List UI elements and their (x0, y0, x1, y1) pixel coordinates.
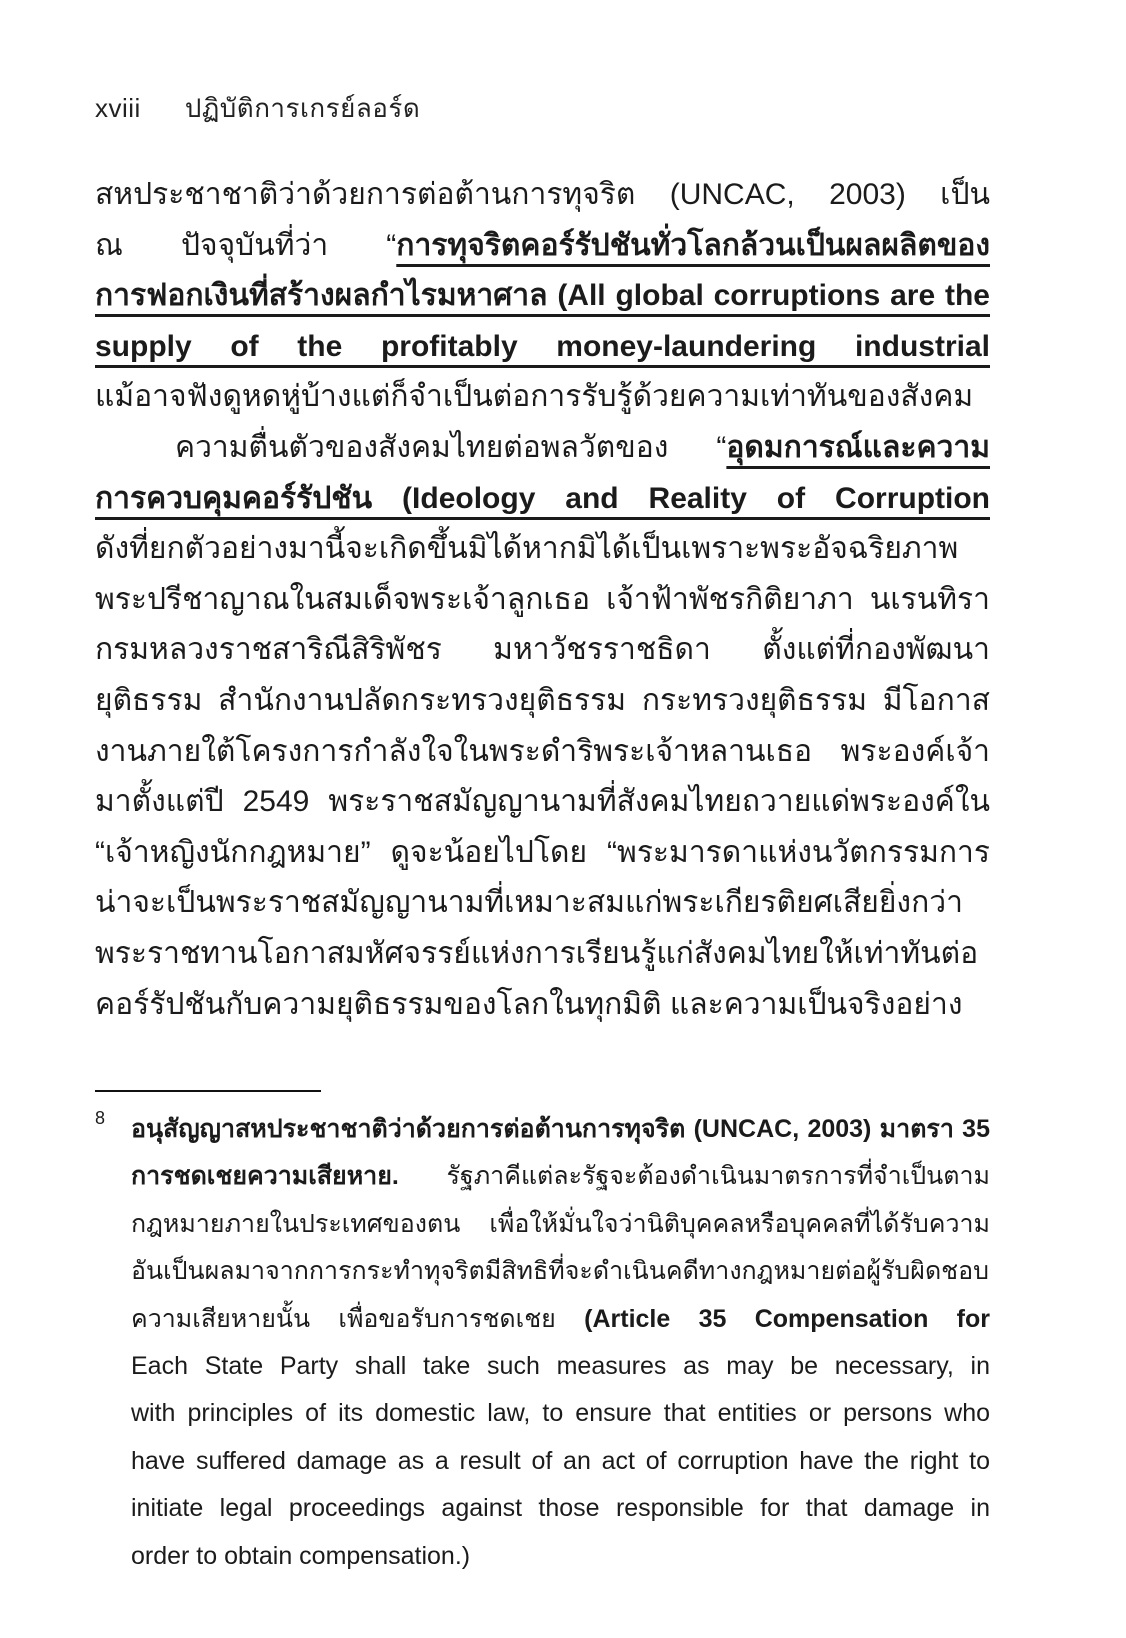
running-header: xviii ปฏิบัติการเกรย์ลอร์ด (95, 88, 985, 129)
text-run: have suffered damage as a result of an a… (131, 1447, 990, 1475)
body-text-line: งานภายใต้โครงการกำลังใจในพระดำริพระเจ้าห… (95, 727, 990, 778)
text-run: ความตื่นตัวของสังคมไทยต่อพลวัตของ “ (175, 431, 726, 464)
body-text-line: กรมหลวงราชสาริณีสิริพัชร มหาวัชรราชธิดา … (95, 625, 990, 676)
text-run: คอร์รัปชันกับความยุติธรรมของโลกในทุกมิติ… (95, 988, 962, 1031)
footnote-line: การชดเชยความเสียหาย. รัฐภาคีแต่ละรัฐจะต้… (131, 1153, 990, 1200)
text-run: with principles of its domestic law, to … (131, 1399, 990, 1427)
body-text-line: คอร์รัปชันกับความยุติธรรมของโลกในทุกมิติ… (95, 980, 990, 1031)
body-text-line: ณ ปัจจุบันที่ว่า “การทุจริตคอร์รัปชันทั่… (95, 221, 990, 272)
text-run: initiate legal proceedings against those… (131, 1494, 990, 1522)
footnote-line: ความเสียหายนั้น เพื่อขอรับการชดเชย (Arti… (131, 1296, 990, 1343)
body-text-line: ยุติธรรม สำนักงานปลัดกระทรวงยุติธรรม กระ… (95, 676, 990, 727)
body-text-line: พระปรีชาญาณในสมเด็จพระเจ้าลูกเธอ เจ้าฟ้า… (95, 575, 990, 626)
running-header-title: ปฏิบัติการเกรย์ลอร์ด (185, 88, 420, 129)
body-text-line: การฟอกเงินที่สร้างผลกำไรมหาศาล (All glob… (95, 271, 990, 322)
footnote-line: have suffered damage as a result of an a… (131, 1438, 990, 1485)
body-text-line: ดังที่ยกตัวอย่างมานี้จะเกิดขึ้นมิได้หากม… (95, 524, 990, 575)
body-text-line: ความตื่นตัวของสังคมไทยต่อพลวัตของ “อุดมก… (95, 423, 990, 474)
footnote-line: order to obtain compensation.) (131, 1533, 990, 1580)
text-run: การควบคุมคอร์รัปชัน (Ideology and Realit… (95, 482, 990, 525)
footnote-marker: 8 (95, 1108, 105, 1129)
text-run: Each State Party shall take such measure… (131, 1352, 990, 1390)
page-number: xviii (95, 93, 141, 124)
text-run: supply of the profitably money-launderin… (95, 330, 990, 373)
body-text: สหประชาชาติว่าด้วยการต่อต้านการทุจริต (U… (95, 170, 990, 1030)
footnote-line: อันเป็นผลมาจากการกระทำทุจริตมีสิทธิที่จะ… (131, 1248, 990, 1295)
body-text-line: มาตั้งแต่ปี 2549 พระราชสมัญญานามที่สังคม… (95, 777, 990, 828)
text-run: order to obtain compensation.) (131, 1542, 470, 1570)
text-run: ยุติธรรม สำนักงานปลัดกระทรวงยุติธรรม กระ… (95, 684, 990, 727)
text-run: การฟอกเงินที่สร้างผลกำไรมหาศาล (All glob… (95, 279, 990, 312)
text-run: พระราชทานโอกาสมหัศจรรย์แห่งการเรียนรู้แก… (95, 937, 978, 980)
text-run: “เจ้าหญิงนักกฎหมาย” ดูจะน้อยไปโดย “พระมา… (95, 836, 990, 879)
text-run: กรมหลวงราชสาริณีสิริพัชร มหาวัชรราชธิดา … (95, 633, 990, 676)
book-page: xviii ปฏิบัติการเกรย์ลอร์ด สหประชาชาติว่… (0, 0, 1126, 1638)
text-run: แม้อาจฟังดูหดหู่บ้างแต่ก็จำเป็นต่อการรับ… (95, 380, 973, 423)
text-run: งานภายใต้โครงการกำลังใจในพระดำริพระเจ้าห… (95, 735, 990, 778)
body-text-line: แม้อาจฟังดูหดหู่บ้างแต่ก็จำเป็นต่อการรับ… (95, 372, 990, 423)
text-run: มาตั้งแต่ปี 2549 พระราชสมัญญานามที่สังคม… (95, 785, 990, 828)
text-run: น่าจะเป็นพระราชสมัญญานามที่เหมาะสมแก่พระ… (95, 886, 963, 929)
text-run: สหประชาชาติว่าด้วยการต่อต้านการทุจริต (U… (95, 178, 990, 221)
text-run: ดังที่ยกตัวอย่างมานี้จะเกิดขึ้นมิได้หากม… (95, 532, 958, 575)
text-run: ความเสียหายนั้น เพื่อขอรับการชดเชย (131, 1305, 584, 1333)
text-run: ณ ปัจจุบันที่ว่า “ (95, 229, 396, 262)
body-text-line: “เจ้าหญิงนักกฎหมาย” ดูจะน้อยไปโดย “พระมา… (95, 828, 990, 879)
text-run: พระปรีชาญาณในสมเด็จพระเจ้าลูกเธอ เจ้าฟ้า… (95, 583, 990, 626)
footnote-line: กฎหมายภายในประเทศของตน เพื่อให้มั่นใจว่า… (131, 1201, 990, 1248)
text-run: การชดเชยความเสียหาย. (131, 1162, 399, 1190)
text-run: อันเป็นผลมาจากการกระทำทุจริตมีสิทธิที่จะ… (131, 1257, 989, 1295)
text-run: อนุสัญญาสหประชาชาติว่าด้วยการต่อต้านการท… (131, 1115, 990, 1143)
footnote-text: อนุสัญญาสหประชาชาติว่าด้วยการต่อต้านการท… (131, 1106, 990, 1580)
body-text-line: supply of the profitably money-launderin… (95, 322, 990, 373)
body-text-line: สหประชาชาติว่าด้วยการต่อต้านการทุจริต (U… (95, 170, 990, 221)
body-text-line: การควบคุมคอร์รัปชัน (Ideology and Realit… (95, 474, 990, 525)
footnote-line: initiate legal proceedings against those… (131, 1485, 990, 1532)
text-run: กฎหมายภายในประเทศของตน เพื่อให้มั่นใจว่า… (131, 1210, 990, 1248)
footnote-line: with principles of its domestic law, to … (131, 1390, 990, 1437)
footnote: 8 อนุสัญญาสหประชาชาติว่าด้วยการต่อต้านกา… (95, 1106, 990, 1580)
footnote-line: อนุสัญญาสหประชาชาติว่าด้วยการต่อต้านการท… (131, 1106, 990, 1153)
footnote-line: Each State Party shall take such measure… (131, 1343, 990, 1390)
body-text-line: น่าจะเป็นพระราชสมัญญานามที่เหมาะสมแก่พระ… (95, 878, 990, 929)
body-text-line: พระราชทานโอกาสมหัศจรรย์แห่งการเรียนรู้แก… (95, 929, 990, 980)
footnote-separator (95, 1090, 321, 1092)
